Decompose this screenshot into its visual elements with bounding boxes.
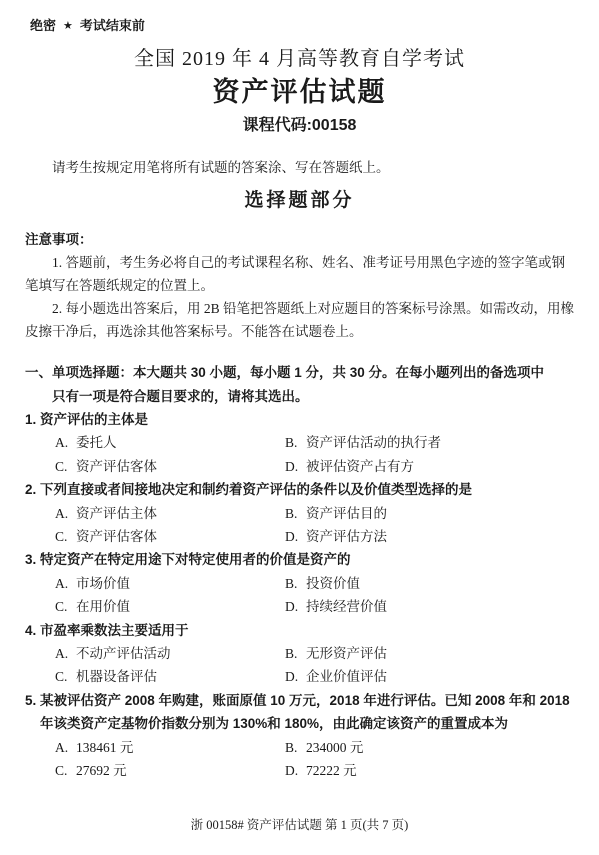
question-stem: 1.资产评估的主体是	[25, 408, 575, 431]
question-3: 3.特定资产在特定用途下对特定使用者的价值是资产的 A.市场价值 B.投资价值 …	[25, 548, 575, 618]
question-stem: 2.下列直接或者间接地决定和制约着资产评估的条件以及价值类型选择的是	[25, 478, 575, 501]
classification-line: 绝密★考试结束前	[0, 0, 599, 35]
option-label: C.	[55, 595, 76, 618]
option-a: A.不动产评估活动	[55, 642, 285, 665]
part-one-heading: 一、单项选择题：本大题共 30 小题，每小题 1 分，共 30 分。在每小题列出…	[25, 361, 575, 408]
option-c: C.27692 元	[55, 759, 285, 782]
option-d: D.被评估资产占有方	[285, 455, 414, 478]
option-a: A.资产评估主体	[55, 502, 285, 525]
secret-label: 绝密	[30, 18, 56, 33]
option-row: A.资产评估主体 B.资产评估目的	[25, 502, 575, 525]
star-icon: ★	[63, 20, 73, 32]
question-stem: 3.特定资产在特定用途下对特定使用者的价值是资产的	[25, 548, 575, 571]
option-label: D.	[285, 665, 306, 688]
option-c: C.机器设备评估	[55, 665, 285, 688]
option-row: C.资产评估客体 D.资产评估方法	[25, 525, 575, 548]
option-label: B.	[285, 572, 306, 595]
page-footer: 浙 00158# 资产评估试题 第 1 页(共 7 页)	[0, 815, 599, 835]
exam-paper-page: 绝密★考试结束前 全国 2019 年 4 月高等教育自学考试 资产评估试题 课程…	[0, 0, 599, 855]
question-number: 2.	[25, 478, 40, 501]
option-a: A.138461 元	[55, 736, 285, 759]
question-2: 2.下列直接或者间接地决定和制约着资产评估的条件以及价值类型选择的是 A.资产评…	[25, 478, 575, 548]
option-row: C.机器设备评估 D.企业价值评估	[25, 665, 575, 688]
part-one-heading-line2: 只有一项是符合题目要求的，请将其选出。	[25, 385, 575, 409]
option-label: D.	[285, 595, 306, 618]
option-row: C.在用价值 D.持续经营价值	[25, 595, 575, 618]
option-row: C.资产评估客体 D.被评估资产占有方	[25, 455, 575, 478]
option-label: A.	[55, 502, 76, 525]
exam-end-label: 考试结束前	[80, 18, 145, 33]
part-one-heading-line1: 一、单项选择题：本大题共 30 小题，每小题 1 分，共 30 分。在每小题列出…	[25, 361, 575, 385]
option-row: A.不动产评估活动 B.无形资产评估	[25, 642, 575, 665]
question-number: 3.	[25, 548, 40, 571]
question-4: 4.市盈率乘数法主要适用于 A.不动产评估活动 B.无形资产评估 C.机器设备评…	[25, 619, 575, 689]
option-c: C.在用价值	[55, 595, 285, 618]
question-number: 4.	[25, 619, 40, 642]
option-row: C.27692 元 D.72222 元	[25, 759, 575, 782]
option-b: B.资产评估活动的执行者	[285, 431, 441, 454]
note-item: 1. 答题前，考生务必将自己的考试课程名称、姓名、准考证号用黑色字迹的签字笔或钢…	[25, 251, 575, 297]
option-label: C.	[55, 665, 76, 688]
option-label: B.	[285, 502, 306, 525]
option-a: A.委托人	[55, 431, 285, 454]
option-c: C.资产评估客体	[55, 525, 285, 548]
option-label: A.	[55, 736, 76, 759]
option-label: B.	[285, 642, 306, 665]
option-row: A.委托人 B.资产评估活动的执行者	[25, 431, 575, 454]
paper-title: 资产评估试题	[0, 75, 599, 110]
option-d: D.企业价值评估	[285, 665, 387, 688]
exam-session-title: 全国 2019 年 4 月高等教育自学考试	[0, 46, 599, 72]
notes-heading: 注意事项：	[25, 228, 599, 251]
option-b: B.投资价值	[285, 572, 360, 595]
option-b: B.234000 元	[285, 736, 363, 759]
option-label: C.	[55, 759, 76, 782]
section-title: 选择题部分	[0, 188, 599, 213]
course-code: 课程代码:00158	[0, 115, 599, 136]
note-item: 2. 每小题选出答案后，用 2B 铅笔把答题纸上对应题目的答案标号涂黑。如需改动…	[25, 297, 575, 343]
option-b: B.无形资产评估	[285, 642, 387, 665]
option-d: D.持续经营价值	[285, 595, 387, 618]
option-row: A.138461 元 B.234000 元	[25, 736, 575, 759]
option-c: C.资产评估客体	[55, 455, 285, 478]
option-label: B.	[285, 736, 306, 759]
question-number: 5.	[25, 689, 40, 712]
option-d: D.资产评估方法	[285, 525, 387, 548]
option-label: D.	[285, 759, 306, 782]
option-label: D.	[285, 455, 306, 478]
option-label: D.	[285, 525, 306, 548]
option-b: B.资产评估目的	[285, 502, 387, 525]
option-d: D.72222 元	[285, 759, 357, 782]
option-label: A.	[55, 642, 76, 665]
option-label: C.	[55, 455, 76, 478]
question-1: 1.资产评估的主体是 A.委托人 B.资产评估活动的执行者 C.资产评估客体 D…	[25, 408, 575, 478]
question-number: 1.	[25, 408, 40, 431]
answer-sheet-instruction: 请考生按规定用笔将所有试题的答案涂、写在答题纸上。	[25, 156, 575, 179]
question-stem: 5.某被评估资产 2008 年购建，账面原值 10 万元，2018 年进行评估。…	[25, 689, 575, 736]
option-label: A.	[55, 572, 76, 595]
question-5: 5.某被评估资产 2008 年购建，账面原值 10 万元，2018 年进行评估。…	[25, 689, 575, 783]
question-stem: 4.市盈率乘数法主要适用于	[25, 619, 575, 642]
option-label: A.	[55, 431, 76, 454]
option-label: C.	[55, 525, 76, 548]
option-row: A.市场价值 B.投资价值	[25, 572, 575, 595]
option-a: A.市场价值	[55, 572, 285, 595]
question-list: 1.资产评估的主体是 A.委托人 B.资产评估活动的执行者 C.资产评估客体 D…	[25, 408, 575, 783]
option-label: B.	[285, 431, 306, 454]
